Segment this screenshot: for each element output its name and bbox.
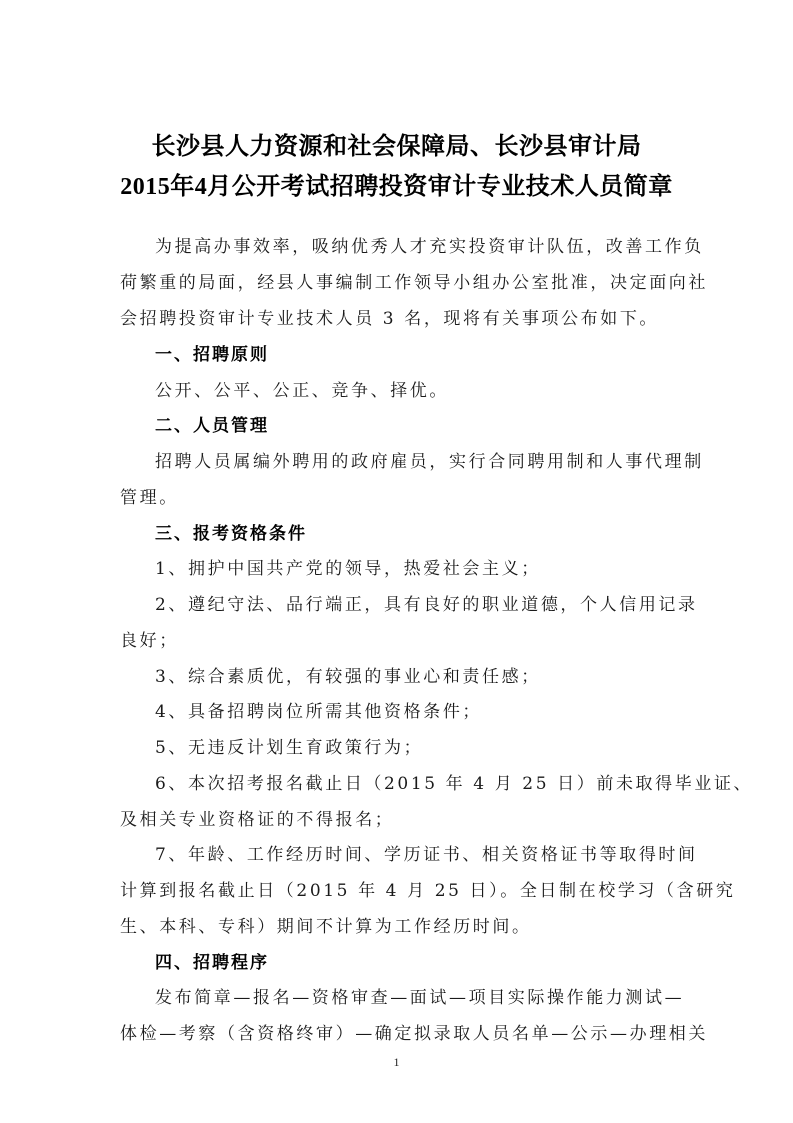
section-management-line-1: 招聘人员属编外聘用的政府雇员，实行合同聘用制和人事代理制: [155, 452, 676, 472]
section-heading-management: 二、人员管理: [155, 416, 676, 436]
qualification-item-1: 1、拥护中国共产党的领导，热爱社会主义；: [155, 559, 676, 579]
qualification-item-6: 6、本次招考报名截止日（2015 年 4 月 25 日）前未取得毕业证、: [155, 774, 676, 794]
intro-line-3: 会招聘投资审计专业技术人员 3 名，现将有关事项公布如下。: [120, 309, 676, 329]
intro-line-2: 荷繁重的局面，经县人事编制工作领导小组办公室批准，决定面向社: [120, 273, 676, 293]
qualification-item-2: 2、遵纪守法、品行端正，具有良好的职业道德，个人信用记录: [155, 595, 676, 615]
qualification-item-6-cont: 及相关专业资格证的不得报名；: [120, 810, 676, 830]
procedure-line-2: 体检—考察（含资格终审）—确定拟录取人员名单—公示—办理相关: [120, 1024, 676, 1044]
qualification-item-7: 7、年龄、工作经历时间、学历证书、相关资格证书等取得时间: [155, 845, 676, 865]
qualification-item-5: 5、无违反计划生育政策行为；: [155, 738, 676, 758]
section-heading-principles: 一、招聘原则: [155, 345, 676, 365]
qualification-item-2-cont: 良好；: [120, 631, 676, 651]
section-management-line-2: 管理。: [120, 488, 676, 508]
qualification-item-7-cont-1: 计算到报名截止日（2015 年 4 月 25 日）。全日制在校学习（含研究: [120, 881, 676, 901]
page-number: 1: [0, 1055, 793, 1070]
section-heading-qualifications: 三、报考资格条件: [155, 524, 676, 544]
document-page: 长沙县人力资源和社会保障局、长沙县审计局 2015年4月公开考试招聘投资审计专业…: [0, 0, 793, 1123]
procedure-line-1: 发布简章—报名—资格审查—面试—项目实际操作能力测试—: [155, 988, 676, 1008]
section-heading-procedure: 四、招聘程序: [155, 953, 676, 973]
section-principles-text: 公开、公平、公正、竞争、择优。: [155, 381, 676, 401]
document-title-line-2: 2015年4月公开考试招聘投资审计专业技术人员简章: [0, 166, 793, 201]
document-title-line-1: 长沙县人力资源和社会保障局、长沙县审计局: [0, 126, 793, 161]
qualification-item-7-cont-2: 生、本科、专科）期间不计算为工作经历时间。: [120, 917, 676, 937]
qualification-item-4: 4、具备招聘岗位所需其他资格条件；: [155, 702, 676, 722]
qualification-item-3: 3、综合素质优，有较强的事业心和责任感；: [155, 667, 676, 687]
intro-line-1: 为提高办事效率，吸纳优秀人才充实投资审计队伍，改善工作负: [155, 237, 676, 257]
